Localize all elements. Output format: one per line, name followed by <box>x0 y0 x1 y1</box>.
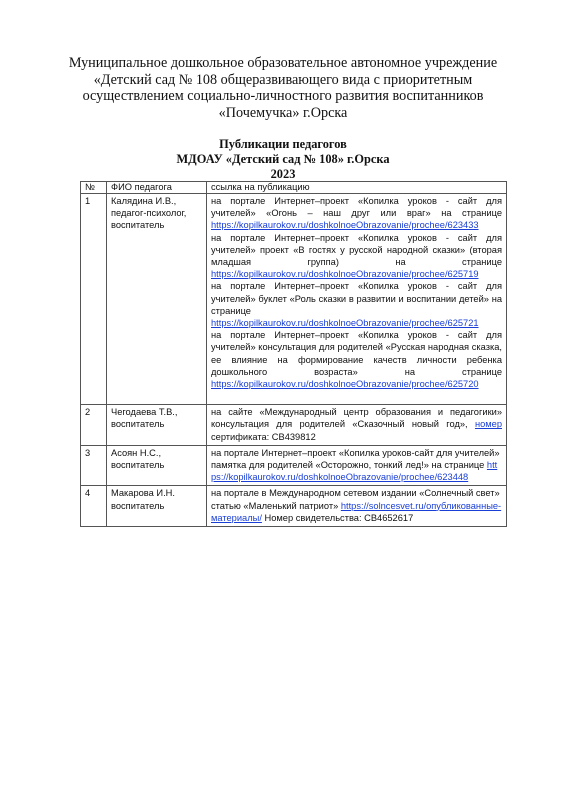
document-title: Публикации педагогов МДОАУ «Детский сад … <box>60 137 506 182</box>
teacher-name: Асоян Н.С., воспитатель <box>107 445 207 486</box>
publication-description: на портале Интернет–проект «Копилка урок… <box>211 329 502 378</box>
org-header-line: «Почемучка» г.Орска <box>60 105 506 122</box>
title-year: 2023 <box>60 167 506 182</box>
publication-cell: на портале Интернет–проект «Копилка урок… <box>207 194 507 405</box>
publication-link[interactable]: https://kopilkaurokov.ru/doshkolnoeObraz… <box>211 220 479 230</box>
header-number: № <box>81 182 107 194</box>
publication-description: на сайте «Международный центр образовани… <box>211 407 502 429</box>
publication-link[interactable]: https://kopilkaurokov.ru/doshkolnoeObraz… <box>211 269 479 279</box>
teacher-name: Чегодаева Т.В., воспитатель <box>107 405 207 446</box>
publication-cell: на портале Интернет–проект «Копилка урок… <box>207 445 507 486</box>
publication-entry: на портале Интернет–проект «Копилка урок… <box>211 280 502 329</box>
publication-entry: на портале Интернет–проект «Копилка урок… <box>211 329 502 390</box>
row-number: 1 <box>81 194 107 405</box>
table-row: 3 Асоян Н.С., воспитатель на портале Инт… <box>81 445 507 486</box>
organization-header: Муниципальное дошкольное образовательное… <box>60 55 506 121</box>
publication-link[interactable]: https://kopilkaurokov.ru/doshkolnoeObraz… <box>211 379 479 389</box>
org-header-line: Муниципальное дошкольное образовательное… <box>60 55 506 72</box>
publication-entry: на портале Интернет–проект «Копилка урок… <box>211 195 502 232</box>
row-number: 4 <box>81 486 107 527</box>
org-header-line: осуществлением социально-личностного раз… <box>60 88 506 105</box>
certificate-number: сертификата: СВ439812 <box>211 432 316 442</box>
publication-cell: на портале в Международном сетевом издан… <box>207 486 507 527</box>
publication-description: на портале Интернет–проект «Копилка урок… <box>211 195 502 219</box>
title-line: Публикации педагогов <box>60 137 506 152</box>
teacher-name: Макарова И.Н. воспитатель <box>107 486 207 527</box>
publication-cell: на сайте «Международный центр образовани… <box>207 405 507 446</box>
table-row: 2 Чегодаева Т.В., воспитатель на сайте «… <box>81 405 507 446</box>
table-header-row: № ФИО педагога ссылка на публикацию <box>81 182 507 194</box>
certificate-number: Номер свидетельства: СВ4652617 <box>265 513 414 523</box>
header-teacher-name: ФИО педагога <box>107 182 207 194</box>
teacher-name: Калядина И.В., педагог-психолог, воспита… <box>107 194 207 405</box>
table-row: 1 Калядина И.В., педагог-психолог, воспи… <box>81 194 507 405</box>
title-institution: МДОАУ «Детский сад № 108» г.Орска <box>60 152 506 167</box>
publication-description: на портале Интернет–проект «Копилка урок… <box>211 232 502 269</box>
publications-table: № ФИО педагога ссылка на публикацию 1 Ка… <box>80 181 507 527</box>
publication-entry: на портале Интернет–проект «Копилка урок… <box>211 232 502 281</box>
table-row: 4 Макарова И.Н. воспитатель на портале в… <box>81 486 507 527</box>
certificate-link[interactable]: номер <box>475 419 502 429</box>
publication-link[interactable]: https://kopilkaurokov.ru/doshkolnoeObraz… <box>211 318 479 328</box>
publication-description: на портале Интернет–проект «Копилка урок… <box>211 280 502 317</box>
org-header-line: «Детский сад № 108 общеразвивающего вида… <box>60 72 506 89</box>
row-number: 2 <box>81 405 107 446</box>
row-number: 3 <box>81 445 107 486</box>
header-publication-link: ссылка на публикацию <box>207 182 507 194</box>
publication-description: на портале Интернет–проект «Копилка урок… <box>211 448 500 470</box>
